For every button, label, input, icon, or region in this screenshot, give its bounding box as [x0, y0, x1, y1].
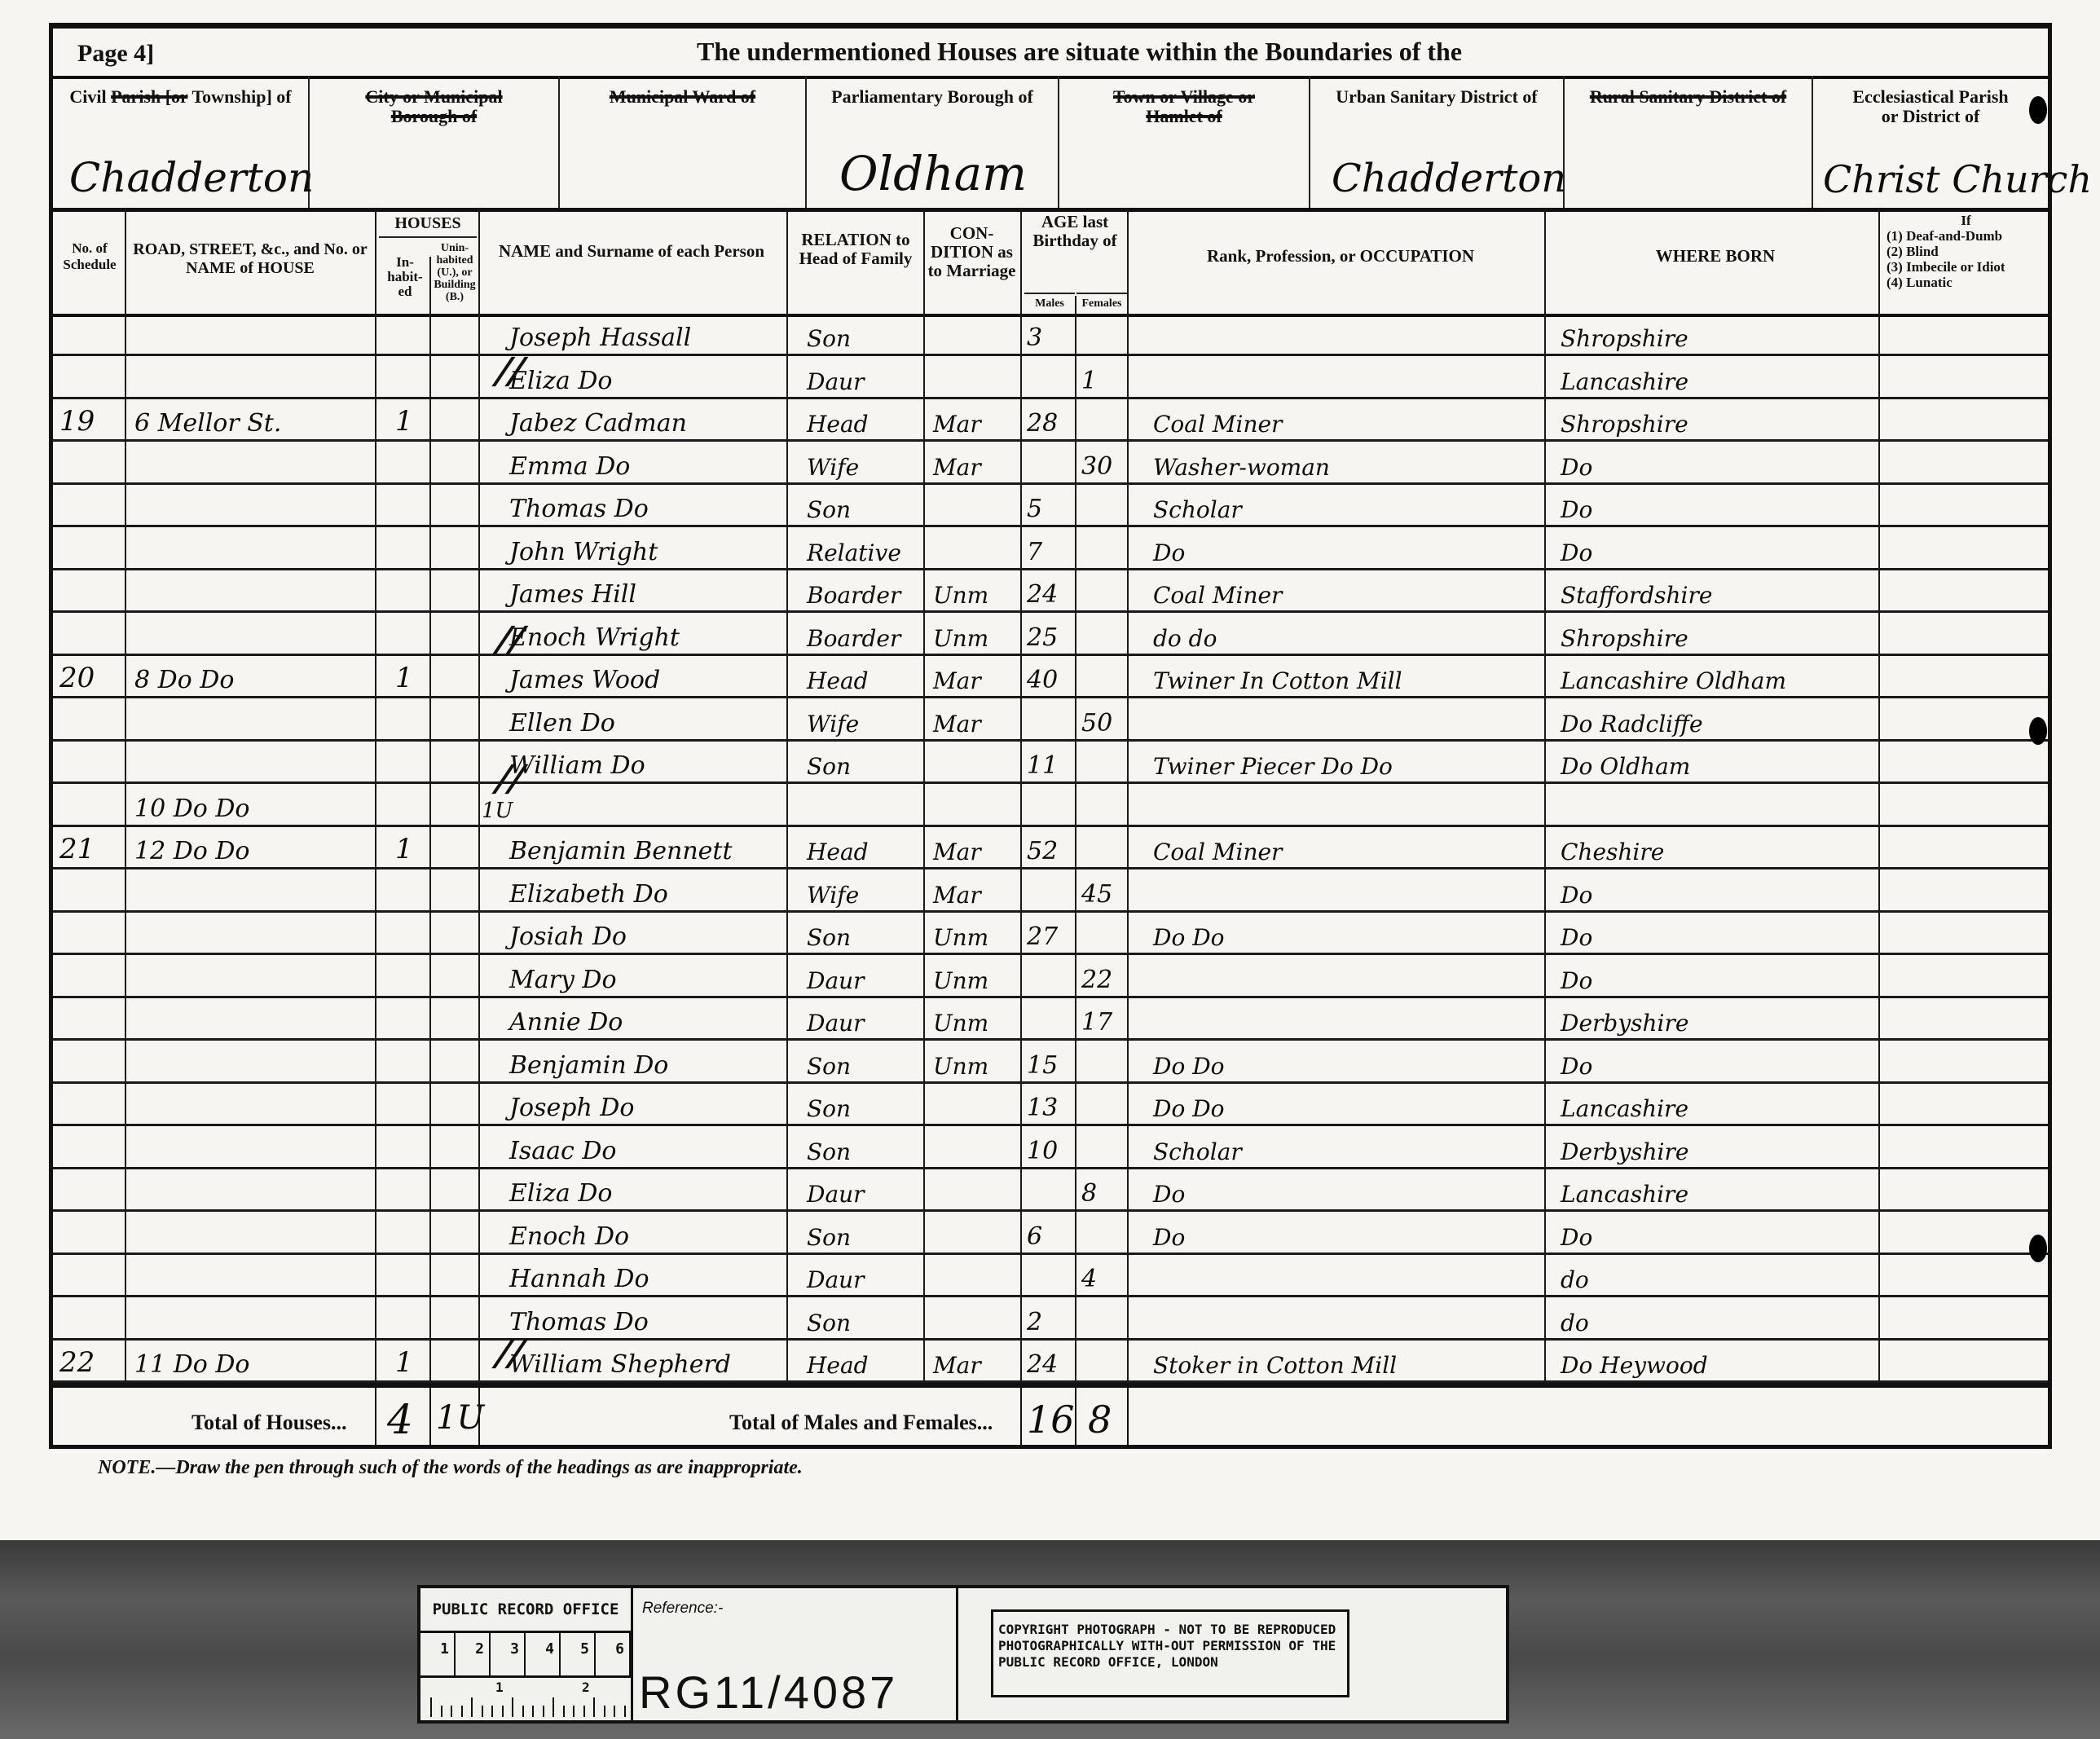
cell-female-age: 4	[1081, 1255, 1126, 1295]
table-row: Emma DoWifeMar30Washer-womanDo	[53, 442, 2048, 484]
cell-relation: Son	[807, 1212, 921, 1252]
cell-name: Eliza Do	[509, 1169, 786, 1209]
cell-male-age	[1027, 998, 1074, 1038]
cell-where-born: Do	[1561, 1041, 1878, 1081]
ruler-tick	[491, 1706, 493, 1717]
cell-condition: Mar	[933, 1341, 1019, 1380]
cell-occupation: Stoker in Cotton Mill	[1153, 1341, 1544, 1380]
cell-where-born: Lancashire	[1561, 1169, 1878, 1209]
cell-occupation: Coal Miner	[1153, 570, 1544, 610]
cell-condition	[933, 742, 1019, 781]
header-females: Females	[1076, 293, 1127, 310]
table-row: Annie DoDaurUnm17Derbyshire	[53, 998, 2048, 1041]
cell-infirmity	[1886, 913, 2041, 953]
infirmity-4: (4) Lunatic	[1886, 275, 2045, 290]
cell-name: Enoch Do	[509, 1212, 786, 1252]
table-row: Eliza DoDaur8DoLancashire	[53, 1169, 2048, 1212]
cell-infirmity	[1886, 570, 2041, 610]
infirmity-1: (1) Deaf-and-Dumb	[1886, 228, 2045, 244]
ruler-tick	[553, 1697, 554, 1717]
cell-male-age	[1027, 1255, 1074, 1295]
table-row: Thomas DoSon5ScholarDo	[53, 485, 2048, 527]
cell-relation: Wife	[807, 442, 921, 482]
copyright-notice: COPYRIGHT PHOTOGRAPH - NOT TO BE REPRODU…	[991, 1609, 1349, 1697]
cell-inhabited	[395, 1084, 428, 1124]
cell-road	[134, 1041, 371, 1081]
cell-inhabited	[395, 570, 428, 610]
cell-occupation	[1153, 955, 1544, 995]
ink-blot	[2029, 96, 2047, 124]
column-divider	[1075, 1388, 1076, 1448]
boundary-label: Urban Sanitary District of	[1310, 76, 1563, 107]
cell-female-age	[1081, 1341, 1126, 1380]
cell-inhabited	[395, 698, 428, 738]
cell-infirmity	[1886, 442, 2041, 482]
cell-condition: Mar	[933, 656, 1019, 696]
census-entries: Joseph HassallSon3ShropshireEliza DoDaur…	[53, 314, 2048, 1383]
ruler-tick	[461, 1706, 463, 1717]
cell-where-born: Derbyshire	[1561, 998, 1878, 1038]
cell-where-born: do	[1561, 1255, 1878, 1295]
cell-schedule	[59, 784, 123, 824]
cell-road	[134, 955, 371, 995]
cell-infirmity	[1886, 527, 2041, 567]
cell-female-age: 22	[1081, 955, 1126, 995]
total-males: 16	[1027, 1398, 1075, 1442]
cell-inhabited: 1	[395, 399, 428, 439]
cell-where-born: Do	[1561, 1212, 1878, 1252]
cell-infirmity	[1886, 1297, 2041, 1337]
cell-road: 12 Do Do	[134, 827, 371, 867]
cell-infirmity	[1886, 742, 2041, 781]
cell-name: Eliza Do	[509, 356, 786, 396]
column-header-row: No. of Schedule ROAD, STREET, &c., and N…	[53, 208, 2048, 317]
cell-condition	[933, 784, 1019, 824]
cell-road	[134, 1255, 371, 1295]
cell-where-born: do	[1561, 1297, 1878, 1337]
scale-digit: 1	[420, 1633, 456, 1675]
cell-female-age	[1081, 399, 1126, 439]
cell-schedule	[59, 742, 123, 781]
cell-relation: Son	[807, 1126, 921, 1166]
ruler-tick	[512, 1697, 513, 1717]
cell-inhabited	[395, 784, 428, 824]
ruler-tick	[441, 1706, 442, 1717]
cell-male-age	[1027, 955, 1074, 995]
reference-panel: Reference:- RG11/4087	[634, 1588, 958, 1720]
cell-inhabited	[395, 913, 428, 953]
cell-name: Benjamin Do	[509, 1041, 786, 1081]
cell-inhabited	[395, 1212, 428, 1252]
cell-name: Isaac Do	[509, 1126, 786, 1166]
ruler-tick	[624, 1706, 626, 1717]
cell-relation: Daur	[807, 998, 921, 1038]
cell-occupation	[1153, 869, 1544, 909]
cell-male-age: 3	[1027, 314, 1074, 354]
cell-male-age	[1027, 1169, 1074, 1209]
cell-male-age	[1027, 698, 1074, 738]
cell-relation: Son	[807, 1297, 921, 1337]
table-row: Enoch DoSon6DoDo	[53, 1212, 2048, 1254]
cell-inhabited	[395, 485, 428, 525]
cell-male-age: 6	[1027, 1212, 1074, 1252]
cell-female-age	[1081, 827, 1126, 867]
cell-condition	[933, 527, 1019, 567]
cell-female-age: 8	[1081, 1169, 1126, 1209]
cell-infirmity	[1886, 1084, 2041, 1124]
table-row: Isaac DoSon10ScholarDerbyshire	[53, 1126, 2048, 1169]
cell-relation: Son	[807, 1041, 921, 1081]
boundary-parliamentary-borough: Parliamentary Borough of Oldham	[807, 76, 1059, 208]
cell-condition: Unm	[933, 998, 1019, 1038]
cell-where-born: Do	[1561, 442, 1878, 482]
cell-condition: Unm	[933, 570, 1019, 610]
cell-name: James Wood	[509, 656, 786, 696]
cell-relation: Son	[807, 913, 921, 953]
cell-infirmity	[1886, 1255, 2041, 1295]
cell-female-age: 45	[1081, 869, 1126, 909]
header-where-born: WHERE BORN	[1552, 247, 1878, 266]
census-form: Page 4] The undermentioned Houses are si…	[49, 23, 2052, 1449]
column-divider	[1020, 1388, 1022, 1448]
cell-name: James Hill	[509, 570, 786, 610]
boundary-label-struck: Parish [or	[111, 86, 187, 107]
header-name: NAME and Surname of each Person	[493, 242, 770, 261]
cell-female-age: 17	[1081, 998, 1126, 1038]
cell-inhabited: 1	[395, 1341, 428, 1380]
header-houses: HOUSES	[379, 214, 477, 238]
cell-infirmity	[1886, 613, 2041, 653]
column-divider	[429, 1388, 431, 1448]
scale-digit: 3	[491, 1633, 526, 1675]
title-row: Page 4] The undermentioned Houses are si…	[53, 29, 2048, 79]
cell-occupation	[1153, 1255, 1544, 1295]
boundary-town-village: Town or Village or Hamlet of	[1059, 76, 1310, 208]
cell-inhabited	[395, 1041, 428, 1081]
table-row: John WrightRelative7DoDo	[53, 527, 2048, 570]
boundary-municipal-ward: Municipal Ward of	[560, 76, 807, 208]
cell-infirmity	[1886, 869, 2041, 909]
cell-female-age	[1081, 1212, 1126, 1252]
boundary-value: Chadderton	[69, 154, 314, 201]
cell-road	[134, 356, 371, 396]
cell-schedule	[59, 998, 123, 1038]
cell-condition	[933, 356, 1019, 396]
boundary-label: Parliamentary Borough of	[807, 76, 1058, 107]
cell-infirmity	[1886, 1126, 2041, 1166]
cell-where-born: Shropshire	[1561, 399, 1878, 439]
table-row: Joseph HassallSon3Shropshire	[53, 314, 2048, 356]
cell-schedule	[59, 485, 123, 525]
cell-infirmity	[1886, 399, 2041, 439]
scale-digit: 6	[596, 1633, 631, 1675]
column-divider	[1127, 1388, 1129, 1448]
cell-occupation	[1153, 314, 1544, 354]
cell-road	[134, 570, 371, 610]
cell-schedule: 19	[59, 399, 123, 439]
cell-infirmity	[1886, 955, 2041, 995]
cell-female-age	[1081, 485, 1126, 525]
cell-occupation: Do	[1153, 1212, 1544, 1252]
cell-female-age	[1081, 613, 1126, 653]
ruler-tick	[482, 1706, 483, 1717]
cell-name: Annie Do	[509, 998, 786, 1038]
cell-schedule	[59, 913, 123, 953]
total-houses-label: Total of Houses...	[192, 1411, 346, 1435]
header-schedule: No. of Schedule	[56, 240, 123, 273]
cell-condition: Mar	[933, 399, 1019, 439]
infirmity-3: (3) Imbecile or Idiot	[1886, 259, 2045, 275]
cell-male-age: 24	[1027, 1341, 1074, 1380]
cell-condition: Mar	[933, 698, 1019, 738]
cell-infirmity	[1886, 485, 2041, 525]
cell-name: Emma Do	[509, 442, 786, 482]
cell-inhabited	[395, 613, 428, 653]
column-divider	[375, 1388, 376, 1448]
boundary-label: Civil	[69, 86, 111, 107]
cell-name: Thomas Do	[509, 1297, 786, 1337]
cell-relation: Son	[807, 742, 921, 781]
header-inhabited: In-habit-ed	[381, 255, 429, 299]
cell-male-age: 11	[1027, 742, 1074, 781]
cell-inhabited	[395, 314, 428, 354]
ruler-tick	[471, 1697, 473, 1717]
column-divider	[478, 1388, 480, 1448]
page-title: The undermentioned Houses are situate wi…	[697, 37, 1462, 67]
cell-female-age	[1081, 913, 1126, 953]
ruler-mark: 2	[582, 1680, 590, 1695]
footnote: NOTE.—Draw the pen through such of the w…	[98, 1457, 803, 1479]
cell-occupation: Scholar	[1153, 485, 1544, 525]
cell-female-age	[1081, 314, 1126, 354]
header-road: ROAD, STREET, &c., and No. or NAME of HO…	[128, 240, 372, 278]
cell-relation: Daur	[807, 1255, 921, 1295]
boundary-value: Oldham	[839, 146, 1027, 201]
cell-schedule	[59, 955, 123, 995]
cell-schedule	[59, 1169, 123, 1209]
cell-name	[509, 784, 786, 824]
ink-blot	[2029, 717, 2047, 745]
cell-occupation: Do Do	[1153, 1041, 1544, 1081]
cell-occupation	[1153, 1297, 1544, 1337]
cell-road: 11 Do Do	[134, 1341, 371, 1380]
table-row: Benjamin DoSonUnm15Do DoDo	[53, 1041, 2048, 1083]
totals-row: Total of Houses... 4 1U Total of Males a…	[53, 1383, 2048, 1453]
cell-schedule	[59, 1084, 123, 1124]
cell-where-born: Derbyshire	[1561, 1126, 1878, 1166]
cell-name: Thomas Do	[509, 485, 786, 525]
cell-relation: Boarder	[807, 613, 921, 653]
boundary-label-struck: Municipal Ward of	[560, 76, 805, 107]
cell-road	[134, 1126, 371, 1166]
cell-schedule	[59, 570, 123, 610]
cell-infirmity	[1886, 784, 2041, 824]
cell-schedule	[59, 442, 123, 482]
ruler-tick	[614, 1706, 615, 1717]
cell-infirmity	[1886, 698, 2041, 738]
cell-condition: Mar	[933, 442, 1019, 482]
ruler-tick	[451, 1706, 452, 1717]
ruler-tick	[430, 1697, 432, 1717]
cell-female-age: 30	[1081, 442, 1126, 482]
cell-condition: Mar	[933, 827, 1019, 867]
cell-infirmity	[1886, 1169, 2041, 1209]
table-row: Mary DoDaurUnm22Do	[53, 955, 2048, 997]
cell-road	[134, 442, 371, 482]
boundary-civil-parish: Civil Parish [or Township] of Chadderton	[53, 76, 310, 208]
cell-relation: Daur	[807, 356, 921, 396]
total-females: 8	[1088, 1398, 1112, 1442]
ruler-tick	[543, 1706, 544, 1717]
scale-digit: 5	[561, 1633, 596, 1675]
cell-road	[134, 1084, 371, 1124]
boundary-label-struck: Town or Village or Hamlet of	[1059, 76, 1309, 126]
cell-where-born: Do Heywood	[1561, 1341, 1878, 1380]
cell-where-born: Shropshire	[1561, 314, 1878, 354]
ruler-tick	[532, 1706, 534, 1717]
cell-female-age	[1081, 1297, 1126, 1337]
page-number: Page 4]	[77, 40, 154, 68]
cell-road	[134, 913, 371, 953]
cell-condition: Unm	[933, 1041, 1019, 1081]
header-occupation: Rank, Profession, or OCCUPATION	[1137, 247, 1544, 266]
cell-condition	[933, 1169, 1019, 1209]
cell-occupation: Do	[1153, 527, 1544, 567]
cell-inhabited	[395, 869, 428, 909]
ruler-tick	[604, 1706, 605, 1717]
cell-inhabited	[395, 527, 428, 567]
cell-condition: Unm	[933, 913, 1019, 953]
cell-condition	[933, 1084, 1019, 1124]
cell-inhabited: 1	[395, 656, 428, 696]
reference-value: RG11/4087	[639, 1666, 898, 1719]
cell-name: Joseph Hassall	[509, 314, 786, 354]
cell-male-age: 27	[1027, 913, 1074, 953]
cell-schedule	[59, 314, 123, 354]
cell-infirmity	[1886, 998, 2041, 1038]
infirmity-2: (2) Blind	[1886, 244, 2045, 259]
cell-road	[134, 1212, 371, 1252]
cell-condition: Unm	[933, 955, 1019, 995]
ruler-mark: 1	[495, 1680, 504, 1695]
cell-schedule: 22	[59, 1341, 123, 1380]
boundary-ecclesiastical: Ecclesiastical Parish or District of Chr…	[1813, 76, 2048, 208]
cell-road	[134, 1169, 371, 1209]
cell-occupation: Do Do	[1153, 1084, 1544, 1124]
cell-relation: Head	[807, 827, 921, 867]
cell-schedule: 20	[59, 656, 123, 696]
cell-schedule: 21	[59, 827, 123, 867]
cell-where-born: Do	[1561, 485, 1878, 525]
cell-name: Enoch Wright	[509, 613, 786, 653]
cell-where-born: Lancashire	[1561, 356, 1878, 396]
cell-road	[134, 869, 371, 909]
header-uninhabited: Unin-habited (U.), or Building (B.)	[431, 242, 478, 303]
header-males: Males	[1024, 293, 1075, 310]
cell-inhabited	[395, 742, 428, 781]
cell-where-born: Do	[1561, 955, 1878, 995]
census-page: Page 4] The undermentioned Houses are si…	[0, 0, 2100, 1540]
cell-name: Joseph Do	[509, 1084, 786, 1124]
cell-name: Jabez Cadman	[509, 399, 786, 439]
cell-infirmity	[1886, 314, 2041, 354]
cell-occupation	[1153, 784, 1544, 824]
cell-name: John Wright	[509, 527, 786, 567]
ink-blot	[2029, 1235, 2047, 1262]
cell-infirmity	[1886, 1212, 2041, 1252]
cell-relation: Daur	[807, 1169, 921, 1209]
cell-name: Josiah Do	[509, 913, 786, 953]
boundary-urban-sanitary: Urban Sanitary District of Chadderton	[1310, 76, 1565, 208]
table-row: James HillBoarderUnm24Coal MinerStafford…	[53, 570, 2048, 613]
cell-schedule	[59, 698, 123, 738]
cell-schedule	[59, 1126, 123, 1166]
table-row: Thomas DoSon2do	[53, 1297, 2048, 1340]
total-inhabited: 4	[387, 1396, 413, 1443]
cell-road: 8 Do Do	[134, 656, 371, 696]
ruler-tick	[563, 1706, 565, 1717]
cell-road	[134, 698, 371, 738]
cell-schedule	[59, 869, 123, 909]
cell-inhabited	[395, 998, 428, 1038]
cell-schedule	[59, 1041, 123, 1081]
cell-where-born: Do	[1561, 869, 1878, 909]
cell-schedule	[59, 1212, 123, 1252]
ruler-tick	[522, 1706, 524, 1717]
cell-relation: Head	[807, 1341, 921, 1380]
cell-condition	[933, 1126, 1019, 1166]
header-condition: CON-DITION as to Marriage	[925, 224, 1019, 280]
scale-digit: 2	[456, 1633, 491, 1675]
table-row: Elizabeth DoWifeMar45Do	[53, 869, 2048, 912]
cell-male-age: 40	[1027, 656, 1074, 696]
cell-infirmity	[1886, 1041, 2041, 1081]
cell-condition	[933, 314, 1019, 354]
cell-female-age: 1	[1081, 356, 1126, 396]
inch-ruler: 1 2	[420, 1678, 631, 1720]
cell-male-age: 2	[1027, 1297, 1074, 1337]
cell-road: 10 Do Do	[134, 784, 371, 824]
reference-label: Reference:-	[642, 1600, 723, 1618]
cell-occupation	[1153, 698, 1544, 738]
boundary-label-struck: City or Municipal Borough of	[310, 76, 558, 126]
cell-occupation: Scholar	[1153, 1126, 1544, 1166]
cell-where-born: Do	[1561, 913, 1878, 953]
cell-road	[134, 314, 371, 354]
boundaries-row: Civil Parish [or Township] of Chadderton…	[53, 76, 2048, 212]
cell-female-age	[1081, 1041, 1126, 1081]
scale-digit: 4	[526, 1633, 561, 1675]
cell-male-age: 25	[1027, 613, 1074, 653]
cell-inhabited	[395, 442, 428, 482]
cell-name: Hannah Do	[509, 1255, 786, 1295]
cell-name: William Do	[509, 742, 786, 781]
cell-male-age	[1027, 869, 1074, 909]
cell-female-age	[1081, 656, 1126, 696]
header-age: AGE last Birthday of	[1023, 213, 1127, 250]
cell-relation: Son	[807, 1084, 921, 1124]
record-office-ruler-panel: PUBLIC RECORD OFFICE 1 2 3 4 5 6 1 2	[420, 1588, 633, 1720]
cell-male-age	[1027, 784, 1074, 824]
cell-inhabited: 1	[395, 827, 428, 867]
cell-occupation	[1153, 998, 1544, 1038]
cell-where-born	[1561, 784, 1878, 824]
cell-occupation: Twiner Piecer Do Do	[1153, 742, 1544, 781]
cell-road	[134, 613, 371, 653]
record-office-digit-scale: 1 2 3 4 5 6	[420, 1633, 631, 1678]
cell-male-age: 24	[1027, 570, 1074, 610]
cell-condition	[933, 485, 1019, 525]
